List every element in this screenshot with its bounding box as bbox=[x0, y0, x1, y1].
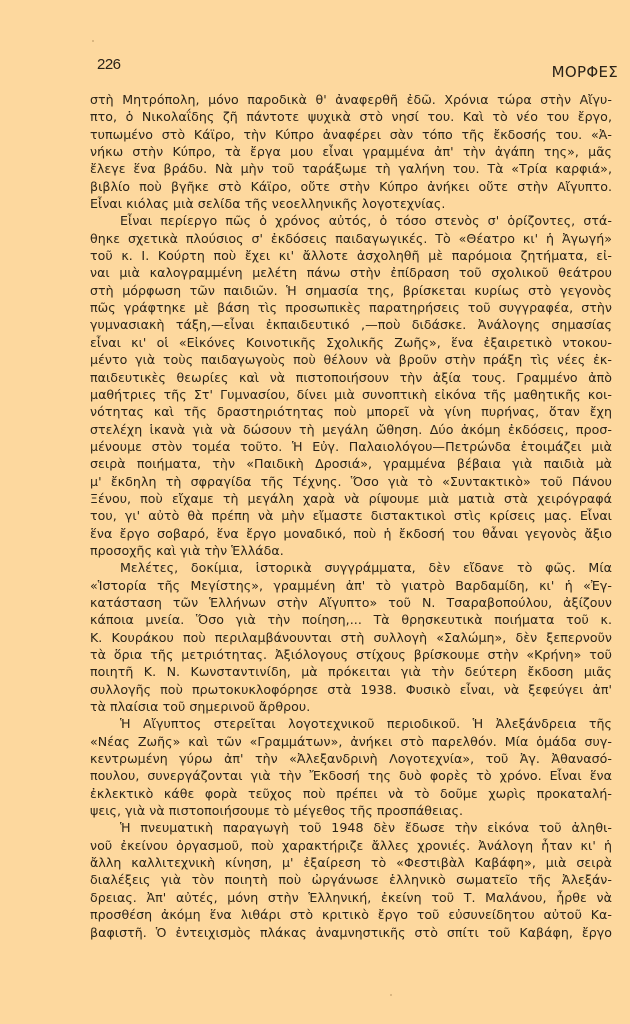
text-line: δρειας. Ἀπ' αὐτές, μόνη στὴν Ἑλληνική, ἐ… bbox=[90, 889, 612, 906]
text-line: σειρὰ ποιήματα, τὴν «Παιδικὴ Δροσιά», γρ… bbox=[90, 455, 612, 472]
text-line: Ξένου, ποὺ εἴχαμε τὴ μεγάλη χαρὰ νὰ ρίψο… bbox=[90, 490, 612, 507]
scan-speck bbox=[390, 994, 392, 996]
text-line: τὰ ὅρια τῆς μετριότητας. Ἀξιόλογους στίχ… bbox=[90, 646, 612, 663]
text-line: μέντο γιὰ τοὺς παιδαγωγοὺς ποὺ θέλουν νὰ… bbox=[90, 351, 612, 368]
text-line: Εἶναι κιόλας μιὰ σελίδα τῆς νεοελληνικῆς… bbox=[90, 195, 612, 212]
text-line: νοῦ ἐκείνου ὀργασμοῦ, ποὺ χαρακτήριζε ἄλ… bbox=[90, 837, 612, 854]
running-head: ΜΟΡΦΕΣ bbox=[552, 63, 618, 81]
text-line: συλλογῆς ποὺ πρωτοκυκλοφόρησε στὰ 1938. … bbox=[90, 681, 612, 698]
text-line: ναι μιὰ καλογραμμένη μελέτη πάνω στὴν ἐπ… bbox=[90, 264, 612, 281]
text-line: ποιητῆ Κ. Ν. Κωνσταντινίδη, μὰ πρόκειται… bbox=[90, 663, 612, 680]
text-line: μαθήτριες τῆς Στ' Γυμνασίου, δίνει μιὰ σ… bbox=[90, 386, 612, 403]
text-line: μ' ἔκδηλη τὴ σφραγίδα τῆς Τέχνης. Ὅσο γι… bbox=[90, 473, 612, 490]
page-number: 226 bbox=[97, 56, 121, 73]
text-line: πτο, ὁ Νικολαΐδης ζῆ πάντοτε ψυχικὰ στὸ … bbox=[90, 108, 612, 125]
text-line: μένουμε στὸν τομέα τοῦτο. Ἡ Εὐγ. Παλαιολ… bbox=[90, 438, 612, 455]
text-line: κεντρωμένη γύρω ἀπ' τὴν «Ἀλεξανδρινὴ Λογ… bbox=[90, 750, 612, 767]
text-line: κατάσταση τῶν Ἑλλήνων στὴν Αἴγυπτο» τοῦ … bbox=[90, 594, 612, 611]
text-line: νήκω στὴν Κύπρο, τὰ ἔργα μου εἶναι γραμμ… bbox=[90, 143, 612, 160]
text-line: Μελέτες, δοκίμια, ἱστορικὰ συγγράμματα, … bbox=[90, 559, 612, 576]
text-line: τυπωμένο στὸ Κάϊρο, τὴν Κύπρο ἀναφέρει σ… bbox=[90, 126, 612, 143]
text-line: ἄλλη καλλιτεχνικὴ κίνηση, μ' ἐξαίρεση τὸ… bbox=[90, 854, 612, 871]
text-line: προσοχῆς καὶ γιὰ τὴν Ἑλλάδα. bbox=[90, 542, 612, 559]
scan-speck bbox=[405, 116, 407, 118]
text-line: στὴ μόρφωση τῶν παιδιῶν. Ἡ σημασία της, … bbox=[90, 282, 612, 299]
text-line: Εἶναι περίεργο πῶς ὁ χρόνος αὐτός, ὁ τόσ… bbox=[90, 212, 612, 229]
text-line: ἔλεγε ἕνα βράδυ. Νὰ μὴν τοῦ ταράξωμε τὴ … bbox=[90, 160, 612, 177]
text-line: κάποια μνεία. Ὅσο γιὰ τὴν ποίηση,... Τὰ … bbox=[90, 611, 612, 628]
text-line: ψεις, γιὰ νὰ πιστοποιήσουμε τὸ μέγεθος τ… bbox=[90, 802, 612, 819]
text-line: πουλου, συνεργάζονται γιὰ τὴν Ἔκδοσή της… bbox=[90, 767, 612, 784]
text-line: Κ. Κουράκου ποὺ περιλαμβάνουνται στὴ συλ… bbox=[90, 629, 612, 646]
body-text: στὴ Μητρόπολη, μόνο παροδικὰ θ' ἀναφερθῆ… bbox=[90, 91, 612, 941]
text-line: διαλέξεις γιὰ τὸν ποιητὴ ποὺ ὠργάνωσε ἑλ… bbox=[90, 871, 612, 888]
text-line: στελέχη ἱκανὰ γιὰ νὰ δώσουν τὴ μεγάλη ὤθ… bbox=[90, 421, 612, 438]
text-line: πῶς γράφτηκε μὲ βάση τὶς προσωπικὲς παρα… bbox=[90, 299, 612, 316]
text-line: τοῦ κ. Ι. Κούρτη ποὺ ἔχει κι' ἄλλοτε ἀσχ… bbox=[90, 247, 612, 264]
text-line: Ἡ πνευματικὴ παραγωγὴ τοῦ 1948 δὲν ἔδωσε… bbox=[90, 819, 612, 836]
text-line: «Νέας Ζωῆς» καὶ τῶν «Γραμμάτων», ἀνήκει … bbox=[90, 733, 612, 750]
text-line: θηκε σχετικὰ πλούσιος σ' ἐκδόσεις παιδαγ… bbox=[90, 230, 612, 247]
text-line: του, γι' αὐτὸ θὰ πρέπη νὰ μὴν εἴμαστε δι… bbox=[90, 507, 612, 524]
text-line: τὰ πλαίσια τοῦ σημερινοῦ ἄρθρου. bbox=[90, 698, 612, 715]
text-line: ἐκλεκτικὸ κάθε φορὰ τεῦχος ποὺ πρέπει νὰ… bbox=[90, 785, 612, 802]
text-line: γυμνασιακὴ τάξη,—εἶναι ἐκπαιδευτικό ,—πο… bbox=[90, 316, 612, 333]
text-line: παιδευτικὲς θεωρίες καὶ νὰ πιστοποιήσουν… bbox=[90, 369, 612, 386]
text-line: βιβλίο ποὺ βγῆκε στὸ Κάϊρο, οὔτε στὴν Κύ… bbox=[90, 178, 612, 195]
scan-speck bbox=[92, 40, 94, 42]
text-line: ἕνα ἔργο σοβαρό, ἕνα ἔργο μοναδικό, ποὺ … bbox=[90, 525, 612, 542]
text-line: στὴ Μητρόπολη, μόνο παροδικὰ θ' ἀναφερθῆ… bbox=[90, 91, 612, 108]
text-line: «Ἱστορία τῆς Μεγίστης», γραμμένη ἀπ' τὸ … bbox=[90, 577, 612, 594]
text-line: νότητας καὶ τῆς δραστηριότητας ποὺ μπορε… bbox=[90, 403, 612, 420]
text-line: Ἡ Αἴγυπτος στερεῖται λογοτεχνικοῦ περιοδ… bbox=[90, 715, 612, 732]
text-line: προσθέση ἀκόμη ἕνα λιθάρι στὸ κριτικὸ ἔρ… bbox=[90, 906, 612, 923]
page-header: 226 ΜΟΡΦΕΣ bbox=[97, 56, 618, 80]
text-line: εἶναι κι' οἱ «Εἰκόνες Κοινοτικῆς Σχολικῆ… bbox=[90, 334, 612, 351]
text-line: βαφιστῆ. Ὁ ἐντειχισμὸς πλάκας ἀναμνηστικ… bbox=[90, 924, 612, 941]
